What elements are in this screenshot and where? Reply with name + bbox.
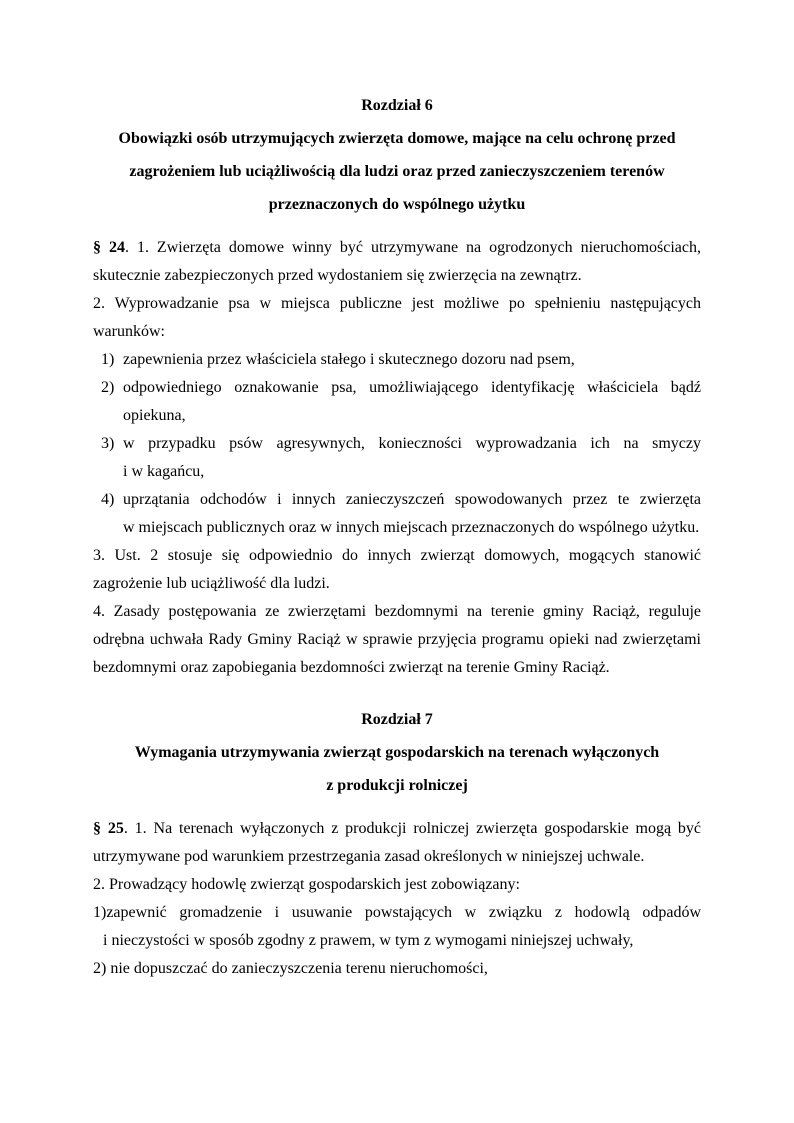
list-item: 2) nie dopuszczać do zanieczyszczenia te… — [93, 955, 701, 983]
chapter-7-title-line-1: Wymagania utrzymywania zwierząt gospodar… — [93, 736, 701, 769]
section-24-ust-1-text: . 1. Zwierzęta domowe winny być utrzymyw… — [93, 239, 701, 284]
section-24-ust-1: § 24. 1. Zwierzęta domowe winny być utrz… — [93, 234, 701, 290]
list-item-number: 2) — [93, 960, 106, 977]
chapter-6-heading: Rozdział 6 Obowiązki osób utrzymujących … — [93, 89, 701, 221]
section-24-ust-2: 2. Wyprowadzanie psa w miejsca publiczne… — [93, 290, 701, 346]
list-item: 1)zapewnić gromadzenie i usuwanie powsta… — [93, 899, 701, 955]
section-24-ust-3: 3. Ust. 2 stosuje się odpowiednio do inn… — [93, 542, 701, 598]
list-item: 4) uprzątania odchodów i innych zanieczy… — [93, 486, 701, 542]
section-25-ust-2: 2. Prowadzący hodowlę zwierząt gospodars… — [93, 871, 701, 899]
list-item-text: zapewnienia przez właściciela stałego i … — [123, 351, 575, 368]
section-25-ust-1-text: . 1. Na terenach wyłączonych z produkcji… — [93, 820, 701, 865]
list-item-number: 1) — [93, 904, 106, 921]
section-25-label: § 25 — [93, 820, 124, 837]
list-item-text: uprzątania odchodów i innych zanieczyszc… — [123, 491, 701, 536]
list-item: 2) odpowiedniego oznakowanie psa, umożli… — [93, 374, 701, 430]
list-item-number: 3) — [101, 430, 114, 458]
chapter-6-title-line-3: przeznaczonych do wspólnego użytku — [93, 188, 701, 221]
list-item-number: 4) — [101, 486, 114, 514]
section-24-conditions-list: 1) zapewnienia przez właściciela stałego… — [93, 346, 701, 542]
document-page: Rozdział 6 Obowiązki osób utrzymujących … — [0, 0, 794, 1123]
list-item: 3) w przypadku psów agresywnych, koniecz… — [93, 430, 701, 486]
list-item-number: 1) — [101, 346, 114, 374]
chapter-6-title-line-2: zagrożeniem lub uciążliwością dla ludzi … — [93, 155, 701, 188]
list-item-text: zapewnić gromadzenie i usuwanie powstają… — [103, 904, 701, 949]
section-24-label: § 24 — [93, 239, 125, 256]
chapter-6-title-line-1: Obowiązki osób utrzymujących zwierzęta d… — [93, 122, 701, 155]
list-item-text: w przypadku psów agresywnych, koniecznoś… — [123, 435, 701, 480]
chapter-6-number: Rozdział 6 — [93, 89, 701, 122]
section-25-ust-1: § 25. 1. Na terenach wyłączonych z produ… — [93, 815, 701, 871]
list-item-text: nie dopuszczać do zanieczyszczenia teren… — [106, 960, 488, 977]
page-content: Rozdział 6 Obowiązki osób utrzymujących … — [93, 89, 701, 983]
section-24-ust-4: 4. Zasady postępowania ze zwierzętami be… — [93, 598, 701, 682]
section-25-obligations-list: 1)zapewnić gromadzenie i usuwanie powsta… — [93, 899, 701, 983]
list-item-number: 2) — [101, 374, 114, 402]
chapter-7-number: Rozdział 7 — [93, 703, 701, 736]
chapter-7-heading: Rozdział 7 Wymagania utrzymywania zwierz… — [93, 703, 701, 802]
list-item-text: odpowiedniego oznakowanie psa, umożliwia… — [123, 379, 701, 424]
list-item: 1) zapewnienia przez właściciela stałego… — [93, 346, 701, 374]
chapter-7-title-line-2: z produkcji rolniczej — [93, 769, 701, 802]
